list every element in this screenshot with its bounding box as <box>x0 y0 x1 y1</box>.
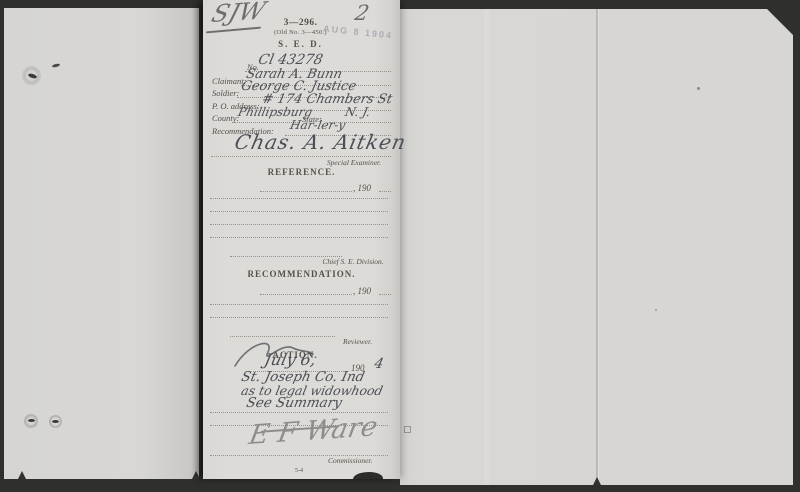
examiner-signature-rule <box>211 156 391 157</box>
page-edge-notch <box>593 477 601 485</box>
commissioner-signature: E F Ware <box>247 413 380 449</box>
recommendation-heading: RECOMMENDATION. <box>203 270 400 279</box>
scanned-pension-document: { "colors": { "backdrop": "#2f2f2e", "pa… <box>0 0 800 492</box>
action-date-value: July 6, <box>263 352 318 368</box>
right-blank-page <box>400 9 793 485</box>
recommendation-year-rule <box>379 294 391 295</box>
soldier-label: Soldier: <box>212 89 239 98</box>
commissioner-title: Commissioner. <box>328 457 372 465</box>
reference-line <box>210 211 388 212</box>
recommendation-date-rule <box>260 294 352 295</box>
paper-speck <box>655 309 657 311</box>
fastener-eyelet-center <box>52 420 59 423</box>
reference-heading: REFERENCE. <box>203 168 400 177</box>
page-edge-notch <box>192 471 200 479</box>
recommendation-line <box>210 317 388 318</box>
examiner-signature: Chas. A. Aitken <box>233 132 408 152</box>
action-line-3: See Summary <box>245 397 343 411</box>
plate-code: 5-4 <box>295 468 303 474</box>
action-year-suffix: 4 <box>373 357 385 371</box>
reference-year: , 190 <box>353 184 371 193</box>
claim-number-value: Cl 43278 <box>257 53 324 67</box>
date-received-stamp: AUG 8 1904 <box>323 24 394 40</box>
paper-fold-highlight <box>598 9 599 485</box>
reference-line <box>210 237 388 238</box>
sed-form-slip: SJW 2 3—296. (Old No. 3—450.) S. E. D. A… <box>203 0 400 479</box>
reference-date-rule <box>260 191 352 192</box>
fastener-eyelet-center <box>28 419 35 422</box>
paper-crease <box>484 9 489 485</box>
reference-line <box>210 198 388 199</box>
division-abbreviation: S. E. D. <box>243 40 358 49</box>
examiner-title: Special Examiner. <box>313 159 381 167</box>
recommendation-year: , 190 <box>353 287 371 296</box>
chief-division-title: Chief S. E. Division. <box>315 258 391 266</box>
paper-speck <box>697 87 700 90</box>
square-mark <box>404 426 411 433</box>
slip-bottom-tear <box>353 472 383 479</box>
reviewer-title: Reviewer. <box>343 338 372 346</box>
reference-year-rule <box>379 191 391 192</box>
reference-line <box>210 224 388 225</box>
page-edge-notch <box>18 471 26 479</box>
recommendation-line <box>210 304 388 305</box>
paper-speck <box>52 63 60 68</box>
left-blank-page <box>4 8 199 479</box>
state-value: N. J. <box>344 106 372 118</box>
